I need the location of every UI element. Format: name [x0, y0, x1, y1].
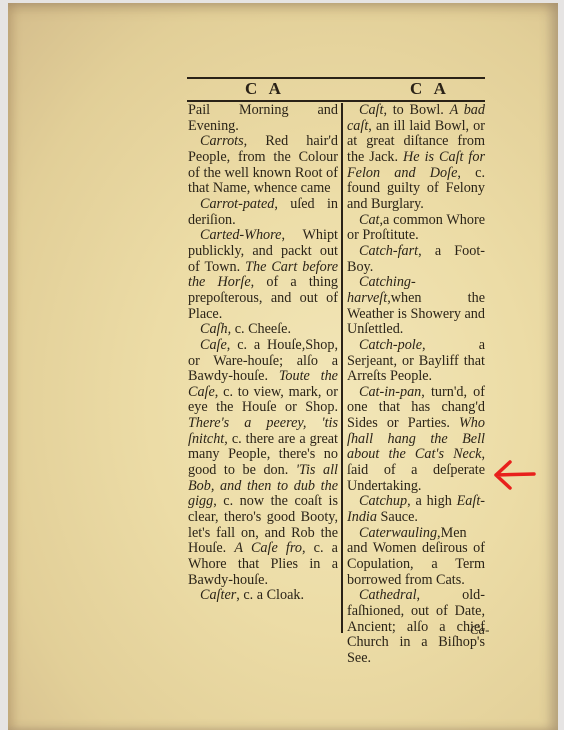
entry-headword: Cat — [359, 212, 380, 228]
left-column: Pail Morning and Evening.Carrots, Red ha… — [188, 103, 338, 604]
dictionary-entry: Carrots, Red hair'd People, from the Col… — [188, 134, 338, 197]
dictionary-entry: Caſe, c. a Houſe,Shop, or Ware-houſe; al… — [188, 338, 338, 589]
entry-definition: Pail Morning and Evening. — [188, 102, 338, 134]
dictionary-entry: Pail Morning and Evening. — [188, 103, 338, 134]
entry-definition: , c. Cheeſe. — [228, 321, 291, 337]
entry-headword: Carrot-pated — [200, 196, 274, 212]
entry-headword: Catch-pole — [359, 337, 422, 353]
entry-headword: Caterwauling — [359, 525, 437, 541]
entry-phrase: A Caſe fro — [234, 540, 302, 556]
column-divider — [341, 103, 343, 633]
dictionary-entry: Cat-in-pan, turn'd, of one that has chan… — [347, 385, 485, 495]
entry-headword: Cathedral — [359, 587, 417, 603]
dictionary-entry: Caſt, to Bowl. A bad caſt, an ill laid B… — [347, 103, 485, 213]
dictionary-entry: Carrot-pated, uſed in deriſion. — [188, 197, 338, 228]
dictionary-entry: Caſter, c. a Cloak. — [188, 588, 338, 604]
entry-headword: Catch-fart — [359, 243, 418, 259]
dictionary-entry: Carted-Whore, Whipt publickly, and packt… — [188, 228, 338, 322]
dictionary-entry: Catching-harveſt,when the Weather is Sho… — [347, 275, 485, 338]
entry-headword: Caſh — [200, 321, 228, 337]
dictionary-entry: Catch-fart, a Foot-Boy. — [347, 244, 485, 275]
entry-definition: , a high — [407, 493, 457, 509]
dictionary-entry: Cat,a common Whore or Proſtitute. — [347, 213, 485, 244]
dictionary-entry: Catchup, a high Eaſt-India Sauce. — [347, 494, 485, 525]
dictionary-entry: Cathedral, old-faſhioned, out of Date, A… — [347, 588, 485, 666]
entry-definition: , to Bowl. — [383, 102, 449, 118]
entry-headword: Caſter — [200, 587, 236, 603]
entry-headword: Caſt — [359, 102, 383, 118]
red-arrow-annotation-icon — [490, 458, 538, 492]
dictionary-entry: Caſh, c. Cheeſe. — [188, 322, 338, 338]
right-column: Caſt, to Bowl. A bad caſt, an ill laid B… — [347, 103, 485, 667]
running-head-right: C A — [410, 79, 450, 99]
running-head-left: C A — [245, 79, 285, 99]
dictionary-entry: Catch-pole, a Serjeant, or Bayliff that … — [347, 338, 485, 385]
entry-definition: Sauce. — [377, 509, 418, 525]
entry-headword: Cat-in-pan — [359, 384, 421, 400]
entry-headword: Caſe — [200, 337, 227, 353]
dictionary-entry: Caterwauling,Men and Women deſirous of C… — [347, 526, 485, 589]
entry-headword: Carrots — [200, 133, 244, 149]
entry-definition: , c. a Cloak. — [236, 587, 304, 603]
entry-headword: Carted-Whore — [200, 227, 281, 243]
catchword: Ca- — [470, 622, 490, 638]
entry-headword: Catchup — [359, 493, 407, 509]
